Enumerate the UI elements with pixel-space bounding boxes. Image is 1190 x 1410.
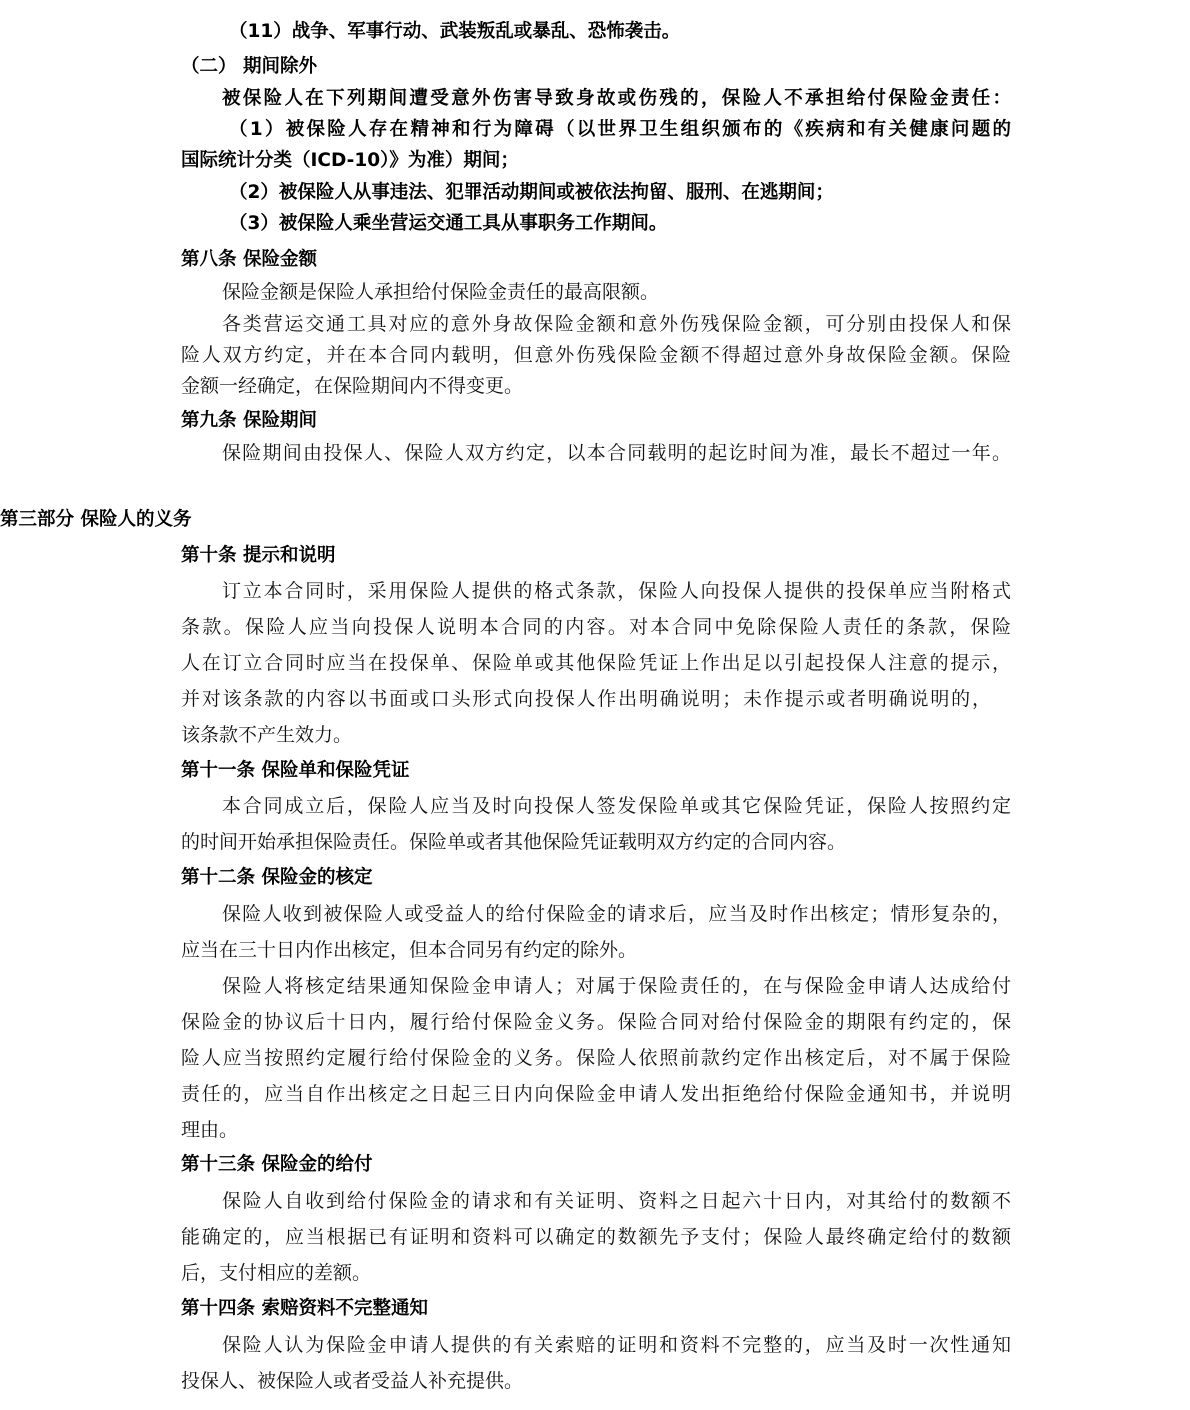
body-text-line: 能确定的，应当根据已有证明和资料可以确定的数额先予支付；保险人最终确定给付的数额	[181, 1224, 1011, 1250]
body-text-line: 保险人自收到给付保险金的请求和有关证明、资料之日起六十日内，对其给付的数额不	[222, 1188, 1011, 1214]
body-text-line: 后，支付相应的差额。	[181, 1260, 1011, 1286]
exclusion-text-line: （1）被保险人存在精神和行为障碍（以世界卫生组织颁布的《疾病和有关健康问题的	[229, 117, 1011, 143]
body-text-line: 保险人认为保险金申请人提供的有关索赔的证明和资料不完整的，应当及时一次性通知	[222, 1332, 1011, 1358]
article-heading: 第八条 保险金额	[181, 247, 1011, 273]
body-text-line: 理由。	[181, 1117, 1011, 1143]
body-text-line: 险人双方约定，并在本合同内载明，但意外伤残保险金额不得超过意外身故保险金额。保险	[181, 342, 1011, 368]
article-heading: 第十四条 索赔资料不完整通知	[181, 1296, 1011, 1322]
body-text-line: 保险人将核定结果通知保险金申请人；对属于保险责任的，在与保险金申请人达成给付	[222, 973, 1011, 999]
exclusion-text-line: （11）战争、军事行动、武装叛乱或暴乱、恐怖袭击。	[229, 19, 1011, 45]
body-text-line: 本合同成立后，保险人应当及时向投保人签发保险单或其它保险凭证，保险人按照约定	[222, 793, 1011, 819]
body-text-line: 金额一经确定，在保险期间内不得变更。	[181, 373, 1011, 399]
body-text-line: 各类营运交通工具对应的意外身故保险金额和意外伤残保险金额，可分别由投保人和保	[222, 311, 1011, 337]
body-text-line: 的时间开始承担保险责任。保险单或者其他保险凭证载明双方约定的合同内容。	[181, 829, 1011, 855]
exclusion-text-line: （2）被保险人从事违法、犯罪活动期间或被依法拘留、服刑、在逃期间；	[229, 180, 1011, 206]
body-text-line: 保险金额是保险人承担给付保险金责任的最高限额。	[222, 279, 1011, 305]
body-text-line: 订立本合同时，采用保险人提供的格式条款，保险人向投保人提供的投保单应当附格式	[222, 578, 1011, 604]
body-text-line: 并对该条款的内容以书面或口头形式向投保人作出明确说明；未作提示或者明确说明的，	[181, 686, 991, 712]
body-text-line: 保险期间由投保人、保险人双方约定，以本合同载明的起讫时间为准，最长不超过一年。	[222, 440, 1011, 466]
article-heading: 第十二条 保险金的核定	[181, 865, 1011, 891]
exclusion-text-line: 被保险人在下列期间遭受意外伤害导致身故或伤残的，保险人不承担给付保险金责任：	[222, 86, 1011, 112]
body-text-line: 投保人、被保险人或者受益人补充提供。	[181, 1368, 1011, 1394]
body-text-line: 该条款不产生效力。	[181, 722, 1011, 748]
body-text-line: 保险人收到被保险人或受益人的给付保险金的请求后，应当及时作出核定；情形复杂的，	[222, 901, 1011, 927]
body-text-line: 条款。保险人应当向投保人说明本合同的内容。对本合同中免除保险人责任的条款，保险	[181, 614, 1011, 640]
body-text-line: 人在订立合同时应当在投保单、保险单或其他保险凭证上作出足以引起投保人注意的提示，	[181, 650, 1011, 676]
article-heading: 第十一条 保险单和保险凭证	[181, 758, 1011, 784]
article-heading: 第十条 提示和说明	[181, 543, 1011, 569]
exclusion-text-line: （二） 期间除外	[181, 54, 1011, 80]
body-text-line: 责任的，应当自作出核定之日起三日内向保险金申请人发出拒绝给付保险金通知书，并说明	[181, 1081, 1011, 1107]
body-text-line: 应当在三十日内作出核定，但本合同另有约定的除外。	[181, 937, 1011, 963]
article-heading: 第十三条 保险金的给付	[181, 1152, 1011, 1178]
exclusion-text-line: 国际统计分类（ICD-10）》为准）期间；	[181, 148, 1011, 174]
article-heading: 第九条 保险期间	[181, 408, 1011, 434]
exclusion-text-line: （3）被保险人乘坐营运交通工具从事职务工作期间。	[229, 211, 1011, 237]
part-heading: 第三部分 保险人的义务	[0, 507, 1190, 533]
document-page: （11）战争、军事行动、武装叛乱或暴乱、恐怖袭击。（二） 期间除外被保险人在下列…	[0, 0, 1190, 1410]
body-text-line: 险人应当按照约定履行给付保险金的义务。保险人依照前款约定作出核定后，对不属于保险	[181, 1045, 1011, 1071]
body-text-line: 保险金的协议后十日内，履行给付保险金义务。保险合同对给付保险金的期限有约定的，保	[181, 1009, 1011, 1035]
